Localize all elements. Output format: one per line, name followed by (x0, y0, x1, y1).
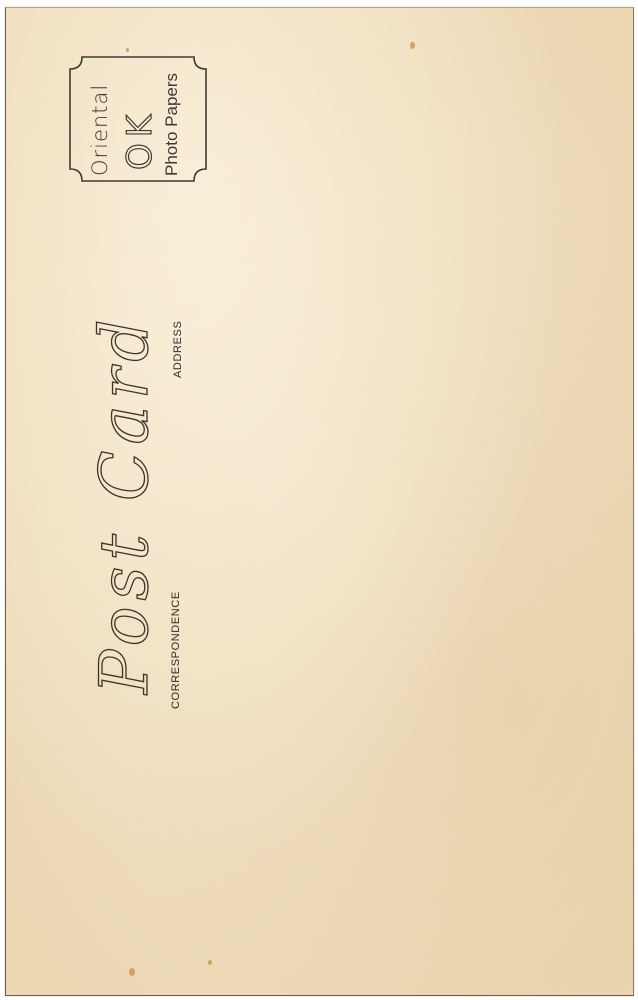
stain-spot (126, 48, 129, 52)
stain-spot (410, 42, 415, 49)
stamp-oriental: Oriental (88, 84, 112, 176)
stamp-text: Oriental OK Photo Papers (70, 64, 196, 176)
address-label: ADDRESS (172, 321, 184, 378)
stain-spot (129, 968, 135, 976)
stain-spot (208, 960, 212, 965)
postcard-title: Post Card (86, 314, 163, 695)
correspondence-label: CORRESPONDENCE (170, 591, 182, 709)
stamp-photo-papers: Photo Papers (162, 73, 182, 176)
stamp-ok: OK (120, 109, 160, 170)
